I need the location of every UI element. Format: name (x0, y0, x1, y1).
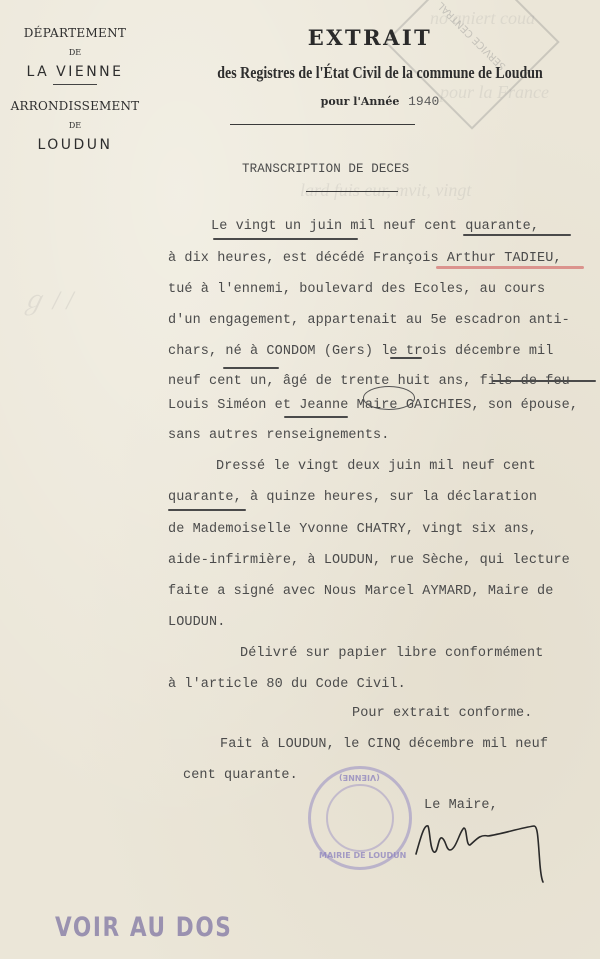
divider (53, 84, 97, 85)
pen-underline (223, 367, 279, 369)
department-name: LA VIENNE (0, 64, 150, 80)
body-line: de Mademoiselle Yvonne CHATRY, vingt six… (168, 522, 537, 537)
section-divider (306, 191, 398, 192)
body-line: cent quarante. (183, 768, 298, 783)
seal-top-text: (VIENNE) (339, 773, 380, 782)
body-line: Dressé le vingt deux juin mil neuf cent (216, 459, 536, 474)
body-line: sans autres renseignements. (168, 428, 389, 443)
body-line: à dix heures, est décédé François Arthur… (168, 251, 562, 266)
body-line: Fait à LOUDUN, le CINQ décembre mil neuf (220, 737, 548, 752)
document-title: EXTRAIT (160, 25, 580, 50)
body-line: quarante, à quinze heures, sur la déclar… (168, 490, 537, 505)
mayor-signature (410, 810, 560, 890)
de-label: DE (0, 121, 150, 130)
pen-underline (213, 238, 358, 240)
arrondissement-name: LOUDUN (0, 137, 150, 153)
pen-underline (284, 416, 348, 418)
de-label: DE (0, 48, 150, 57)
body-line: Pour extrait conforme. (352, 706, 532, 721)
year-label: pour l'Année (321, 95, 400, 108)
left-header: DÉPARTEMENT DE LA VIENNE ARRONDISSEMENT … (0, 18, 150, 153)
seal-inner-ring (326, 784, 394, 852)
bleed-through-text: ℊ / / (20, 280, 73, 317)
body-line: chars, né à CONDOM (Gers) le trois décem… (168, 344, 553, 359)
body-line: à l'article 80 du Code Civil. (168, 677, 406, 692)
body-line: LOUDUN. (168, 615, 225, 630)
body-line: Le vingt un juin mil neuf cent quarante, (211, 219, 539, 234)
body-line: tué à l'ennemi, boulevard des Ecoles, au… (168, 282, 545, 297)
mairie-seal: (VIENNE) MAIRIE DE LOUDUN (308, 766, 412, 870)
pen-underline (492, 380, 596, 382)
year-value: 1940 (408, 94, 439, 109)
section-title: TRANSCRIPTION DE DECES (242, 162, 409, 176)
document-subtitle: des Registres de l'État Civil de la comm… (200, 63, 561, 83)
department-label: DÉPARTEMENT (0, 26, 150, 40)
body-line: Délivré sur papier libre conformément (240, 646, 543, 661)
pen-underline (168, 509, 246, 511)
year-line: pour l'Année 1940 (160, 94, 600, 109)
body-line: d'un engagement, appartenait au 5e escad… (168, 313, 570, 328)
title-divider (230, 124, 415, 125)
body-line: aide-infirmière, à LOUDUN, rue Sèche, qu… (168, 553, 570, 568)
seal-bottom-text: MAIRIE DE LOUDUN (319, 851, 406, 860)
arrondissement-label: ARRONDISSEMENT (0, 99, 150, 113)
red-underline (436, 266, 584, 269)
pen-underline (463, 234, 571, 236)
voir-au-dos-stamp: VOIR AU DOS (55, 912, 232, 943)
body-line: faite a signé avec Nous Marcel AYMARD, M… (168, 584, 553, 599)
pen-circle (363, 386, 415, 410)
pen-underline (390, 357, 422, 359)
